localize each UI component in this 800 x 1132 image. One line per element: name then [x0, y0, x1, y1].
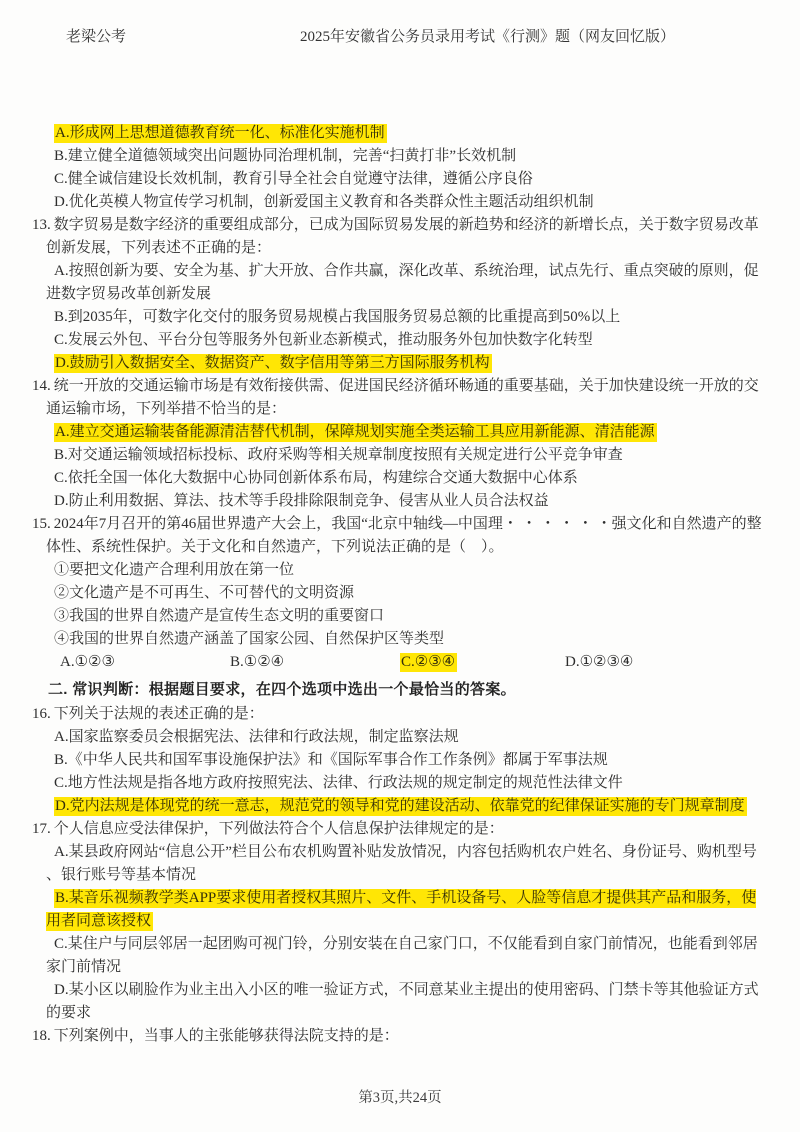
q14-option-c: C.依托全国一体化大数据中心协同创新体系布局，构建综合交通大数据中心体系: [46, 467, 768, 490]
question-16-stem: 16.下列关于法规的表述正确的是：: [46, 703, 768, 726]
exam-content: A.形成网上思想道德教育统一化、标准化实施机制 B.建立健全道德领域突出问题协同…: [0, 122, 768, 1048]
q15-answer-a: A.①②③: [60, 651, 230, 674]
q13-option-d: D.鼓励引入数据安全、数据资产、数字信用等第三方国际服务机构: [46, 352, 768, 375]
header-doc-title: 2025年安徽省公务员录用考试《行测》题（网友回忆版）: [300, 27, 675, 47]
q14-option-d: D.防止利用数据、算法、技术等手段排除限制竞争、侵害从业人员合法权益: [46, 490, 768, 513]
q16-option-d: D.党内法规是体现党的统一意志，规范党的领导和党的建设活动、依靠党的纪律保证实施…: [46, 795, 768, 818]
q17-option-c: C.某住户与同层邻居一起团购可视门铃，分别安装在自己家门口，不仅能看到自家门前情…: [46, 933, 768, 979]
highlighted-answer: A.建立交通运输装备能源清洁替代机制，保障规划实施全类运输工具应用新能源、清洁能…: [54, 423, 657, 442]
q15-item-3: ③我国的世界自然遗产是宣传生态文明的重要窗口: [46, 605, 768, 628]
q17-option-b: B.某音乐视频教学类APP要求使用者授权其照片、文件、手机设备号、人脸等信息才提…: [46, 887, 768, 933]
q15-answer-b: B.①②④: [230, 651, 400, 674]
q16-option-a: A.国家监察委员会根据宪法、法律和行政法规，制定监察法规: [46, 726, 768, 749]
question-17-number: 17.: [32, 821, 51, 837]
highlighted-answer: C.②③④: [400, 653, 457, 672]
question-18-number: 18.: [32, 1028, 51, 1044]
q15-answer-d: D.①②③④: [565, 651, 768, 674]
q13-option-b: B.到2035年，可数字化交付的服务贸易规模占我国服务贸易总额的比重提高到50%…: [46, 306, 768, 329]
question-18-stem: 18.下列案例中，当事人的主张能够获得法院支持的是：: [46, 1025, 768, 1048]
carryover-option-c: C.健全诚信建设长效机制，教育引导全社会自觉遵守法律，遵循公序良俗: [46, 168, 768, 191]
document-page: 老梁公考 2025年安徽省公务员录用考试《行测》题（网友回忆版） A.形成网上思…: [0, 0, 800, 1132]
highlighted-answer: A.形成网上思想道德教育统一化、标准化实施机制: [54, 124, 387, 143]
carryover-option-d: D.优化英模人物宣传学习机制，创新爱国主义教育和各类群众性主题活动组织机制: [46, 191, 768, 214]
question-16-number: 16.: [32, 706, 51, 722]
q14-option-b: B.对交通运输领域招标投标、政府采购等相关规章制度按照有关规定进行公平竞争审查: [46, 444, 768, 467]
q13-option-a: A.按照创新为要、安全为基、扩大开放、合作共赢，深化改革、系统治理，试点先行、重…: [46, 260, 768, 306]
highlighted-answer: D.党内法规是体现党的统一意志，规范党的领导和党的建设活动、依靠党的纪律保证实施…: [54, 797, 747, 816]
question-13-stem: 13.数字贸易是数字经济的重要组成部分，已成为国际贸易发展的新趋势和经济的新增长…: [46, 214, 768, 260]
q17-option-a: A.某县政府网站“信息公开”栏目公布农机购置补贴发放情况，内容包括购机农户姓名、…: [46, 841, 768, 887]
question-13-number: 13.: [32, 217, 51, 233]
header-brand: 老梁公考: [66, 27, 126, 47]
question-14-stem: 14.统一开放的交通运输市场是有效衔接供需、促进国民经济循环畅通的重要基础，关于…: [46, 375, 768, 421]
section-2-heading: 二. 常识判断：根据题目要求，在四个选项中选出一个最恰当的答案。: [46, 678, 768, 701]
carryover-option-b: B.建立健全道德领域突出问题协同治理机制，完善“扫黄打非”长效机制: [46, 145, 768, 168]
question-17-stem: 17.个人信息应受法律保护，下列做法符合个人信息保护法律规定的是：: [46, 818, 768, 841]
highlighted-answer: D.鼓励引入数据安全、数据资产、数字信用等第三方国际服务机构: [54, 354, 492, 373]
q15-answer-c: C.②③④: [400, 651, 565, 674]
q15-item-1: ①要把文化遗产合理利用放在第一位: [46, 559, 768, 582]
q16-option-c: C.地方性法规是指各地方政府按照宪法、法律、行政法规的规定制定的规范性法律文件: [46, 772, 768, 795]
q13-option-c: C.发展云外包、平台分包等服务外包新业态新模式，推动服务外包加快数字化转型: [46, 329, 768, 352]
highlighted-answer: B.某音乐视频教学类APP要求使用者授权其照片、文件、手机设备号、人脸等信息才提…: [46, 889, 756, 931]
q15-item-4: ④我国的世界自然遗产涵盖了国家公园、自然保护区等类型: [46, 628, 768, 651]
question-14-number: 14.: [32, 378, 51, 394]
q17-option-d: D.某小区以刷脸作为业主出入小区的唯一验证方式，不同意某业主提出的使用密码、门禁…: [46, 979, 768, 1025]
carryover-option-a: A.形成网上思想道德教育统一化、标准化实施机制: [46, 122, 768, 145]
question-15-number: 15.: [32, 516, 51, 532]
question-15-stem: 15.2024年7月召开的第46届世界遗产大会上，我国“北京中轴线—中国理・ ・…: [46, 513, 768, 559]
q14-option-a: A.建立交通运输装备能源清洁替代机制，保障规划实施全类运输工具应用新能源、清洁能…: [46, 421, 768, 444]
q15-answer-row: A.①②③ B.①②④ C.②③④ D.①②③④: [46, 651, 768, 674]
q15-item-2: ②文化遗产是不可再生、不可替代的文明资源: [46, 582, 768, 605]
q16-option-b: B.《中华人民共和国军事设施保护法》和《国际军事合作工作条例》都属于军事法规: [46, 749, 768, 772]
page-header: 老梁公考 2025年安徽省公务员录用考试《行测》题（网友回忆版）: [0, 0, 800, 122]
page-footer: 第3页,共24页: [0, 1086, 800, 1107]
